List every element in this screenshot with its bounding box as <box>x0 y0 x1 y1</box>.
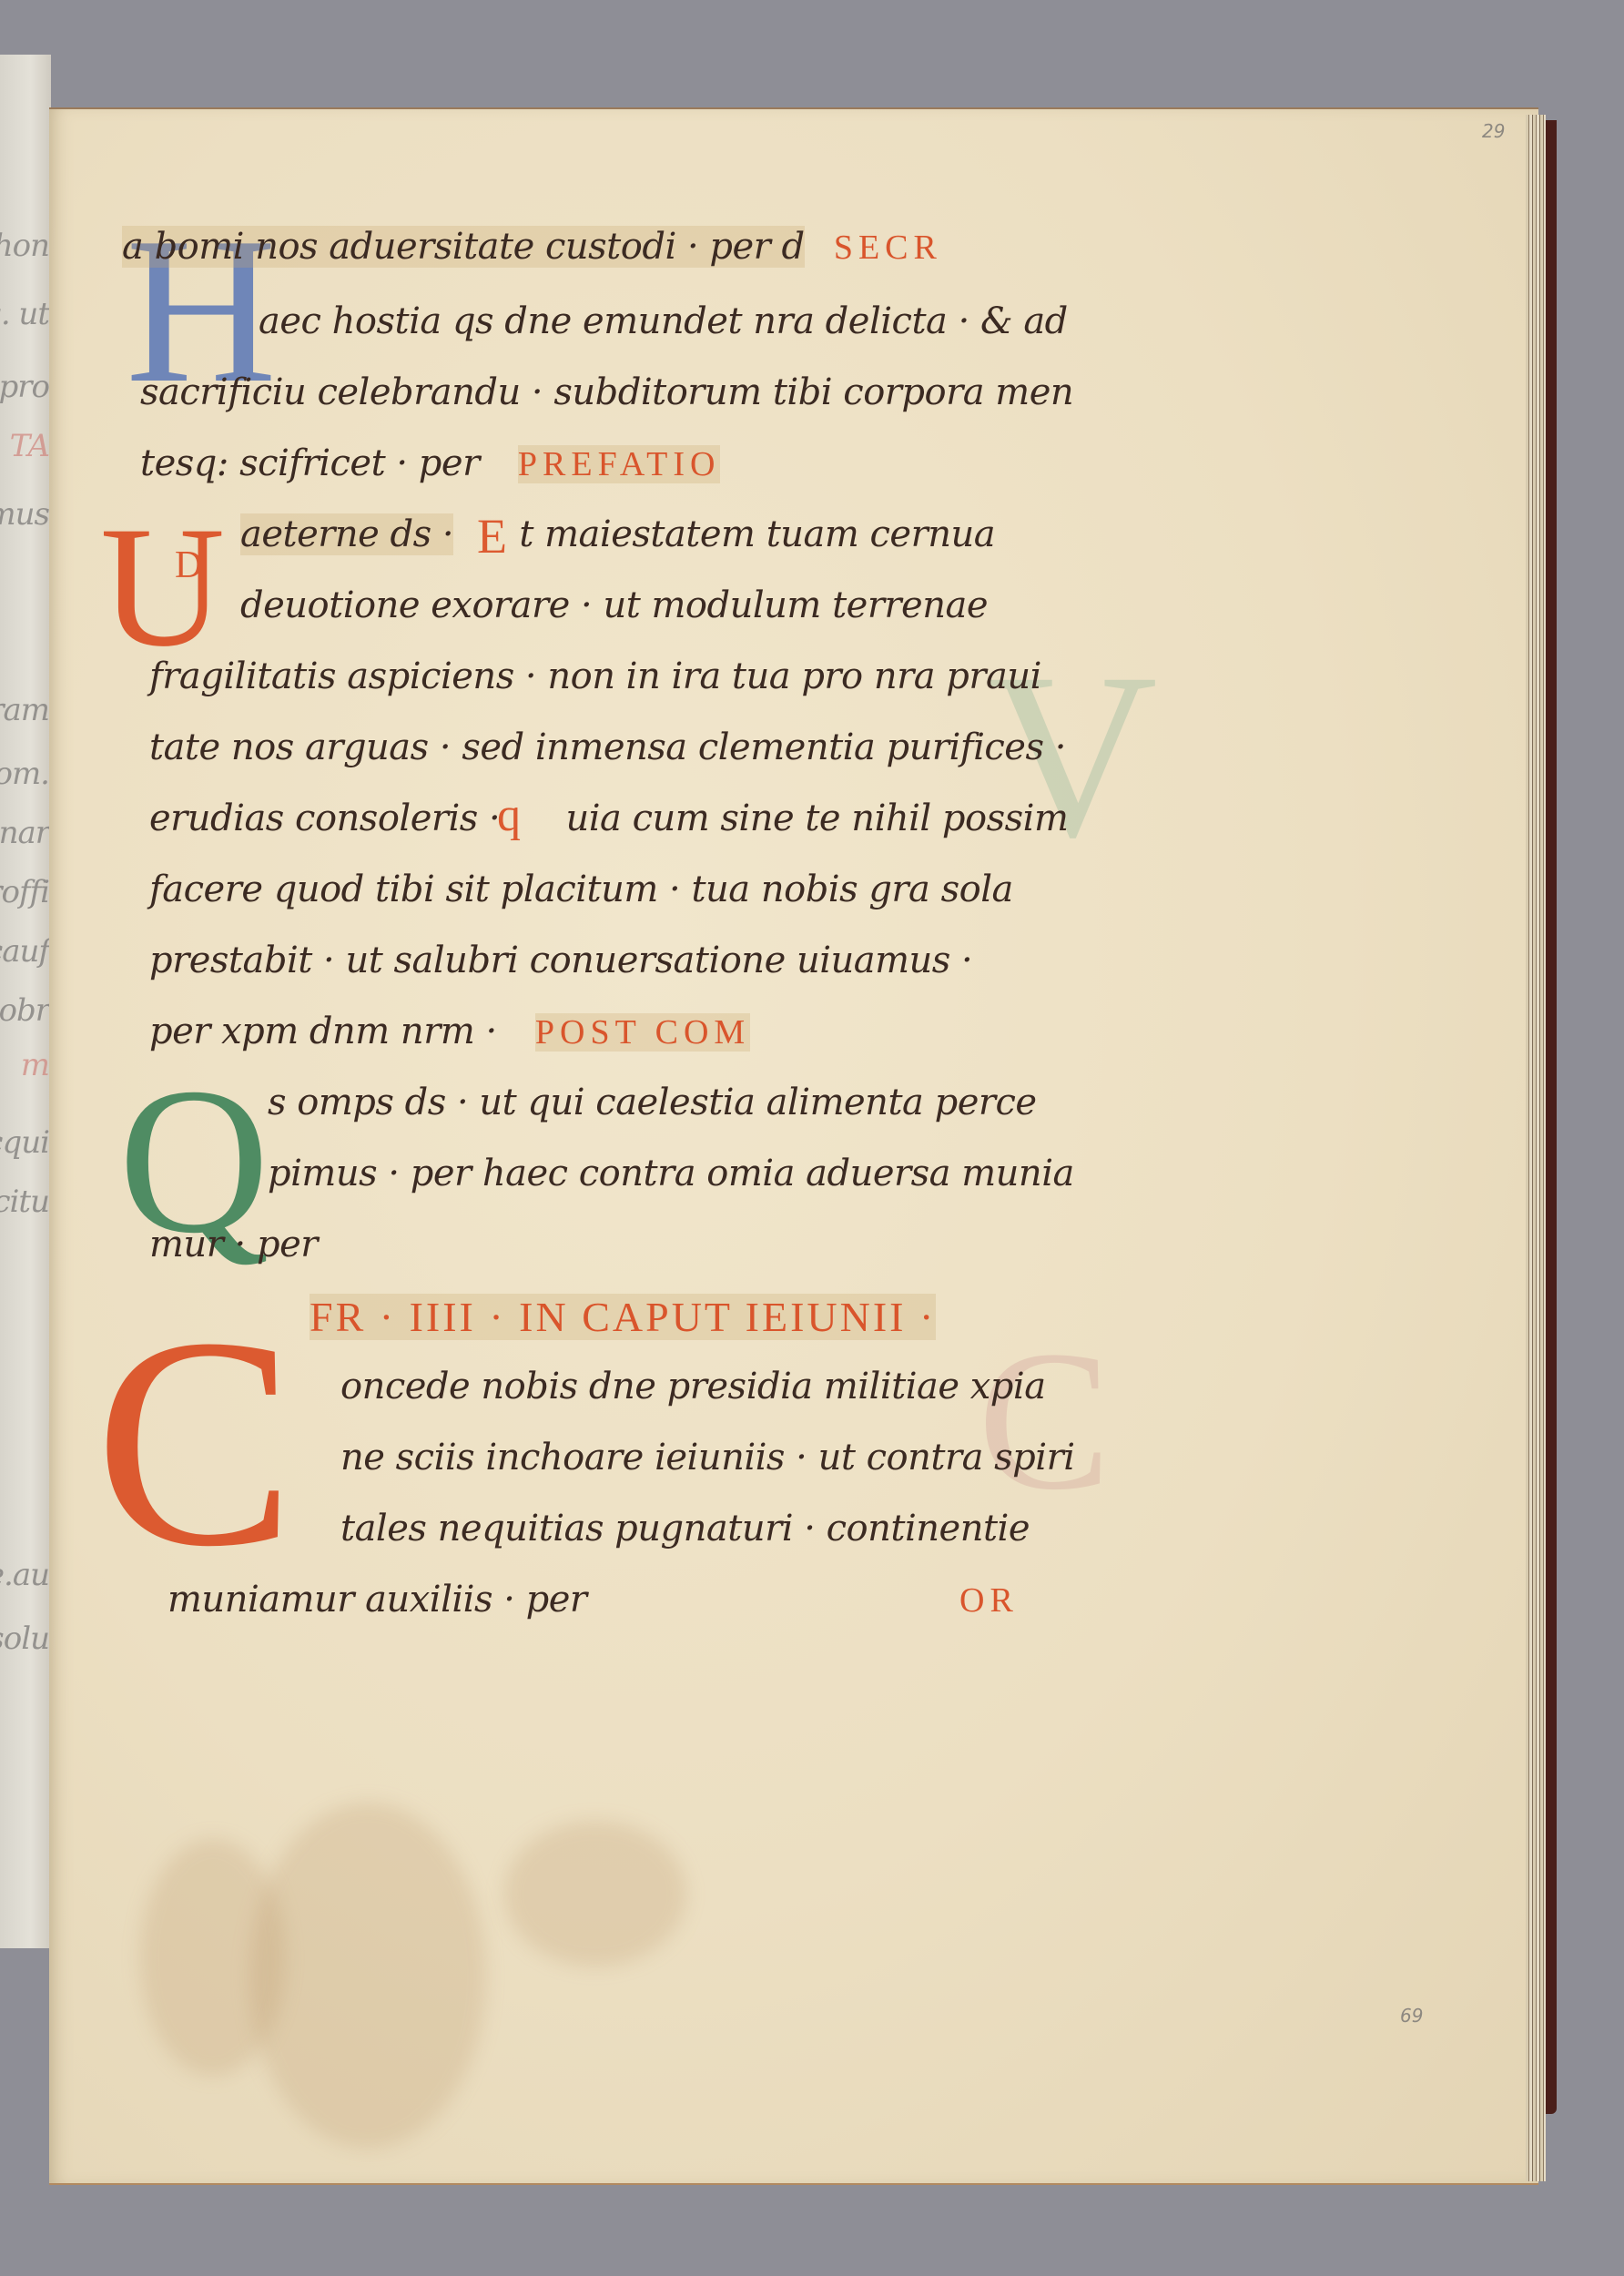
initial-c: C <box>95 1293 295 1593</box>
text-line: deuotione exorare · ut modulum terrenae <box>240 584 988 626</box>
facing-text: bsolu <box>0 1621 49 1657</box>
text-line: facere quod tibi sit placitum · tua nobi… <box>149 869 1013 910</box>
facing-text: num pro <box>0 369 49 405</box>
rubric-prefatio: PREFATIO <box>518 445 721 483</box>
text-line: FR · IIII · IN CAPUT IEIUNII · <box>310 1293 936 1341</box>
facing-text: ouf obr <box>0 992 49 1029</box>
rubric-feria-iiii: FR · IIII · IN CAPUT IEIUNII · <box>310 1294 936 1340</box>
text-line: tales nequitias pugnaturi · continentie <box>340 1508 1030 1550</box>
facing-text: placitu <box>0 1184 49 1220</box>
facing-text: rraturam <box>0 692 49 728</box>
initial-v: U <box>100 501 225 674</box>
text-line: aeterne ds · t maiestatem tuam cernua <box>240 513 995 555</box>
leather-binding <box>1546 120 1557 2114</box>
text-line: tate nos arguas · sed inmensa clementia … <box>149 726 1066 768</box>
water-stain <box>140 1839 286 2076</box>
rubric-postcom: POST COM <box>535 1013 750 1052</box>
water-stain <box>504 1821 686 1966</box>
facing-text: cauf <box>0 933 49 970</box>
text-line: prestabit · ut salubri conuersatione uiu… <box>149 940 972 981</box>
show-through-initial: C <box>978 1320 1111 1520</box>
text-line: ne sciis inchoare ieiuniis · ut contra s… <box>340 1437 1075 1478</box>
text-line: per xpm dnm nrm · POST COM <box>149 1011 750 1052</box>
text-line: fragilitatis aspiciens · non in ira tua … <box>149 655 1041 697</box>
rubric-or: OR <box>959 1579 1019 1621</box>
text-line: muniamur auxiliis · per <box>167 1579 587 1621</box>
folio-number-bottom: 69 <box>1400 2005 1423 2027</box>
text-line: mur · per <box>149 1224 318 1265</box>
facing-text: ficemus <box>0 496 49 533</box>
text-line: oncede nobis dne presidia militiae xpia <box>340 1366 1046 1407</box>
facing-page-edge: achon us. ut num pro TA ficemus rraturam… <box>0 55 51 1948</box>
facing-text: us. ut <box>0 296 49 332</box>
facing-text: dignar <box>0 815 49 851</box>
fore-edge <box>1526 115 1546 2181</box>
text-line: aec hostia qs dne emundet nra delicta · … <box>259 300 1068 342</box>
rubric-secr: SECR <box>834 229 942 267</box>
text-line: a bomi nos aduersitate custodi · per d S… <box>122 226 942 268</box>
manuscript-page: 29 69 V C H U D E q Q C a bomi nos aduer… <box>49 107 1538 2185</box>
facing-text: acqui <box>0 1124 49 1161</box>
text-line: s omps ds · ut qui caelestia alimenta pe… <box>268 1082 1037 1123</box>
facing-text: proffi <box>0 874 49 910</box>
text-line: sacrificiu celebrandu · subditorum tibi … <box>140 371 1073 413</box>
facing-text: TA <box>10 428 49 464</box>
facing-text: achon <box>0 228 49 264</box>
facing-text: prom. <box>0 756 49 792</box>
facing-text: m <box>21 1047 49 1083</box>
facing-text: re.au <box>0 1557 49 1593</box>
text-line: pimus · per haec contra omia aduersa mun… <box>268 1153 1074 1194</box>
text-line: tesq: scifricet · per PREFATIO <box>140 442 720 484</box>
text-line: erudias consoleris · uia cum sine te nih… <box>149 798 1068 839</box>
folio-number-top: 29 <box>1482 120 1505 142</box>
initial-vd-d: D <box>175 546 202 584</box>
